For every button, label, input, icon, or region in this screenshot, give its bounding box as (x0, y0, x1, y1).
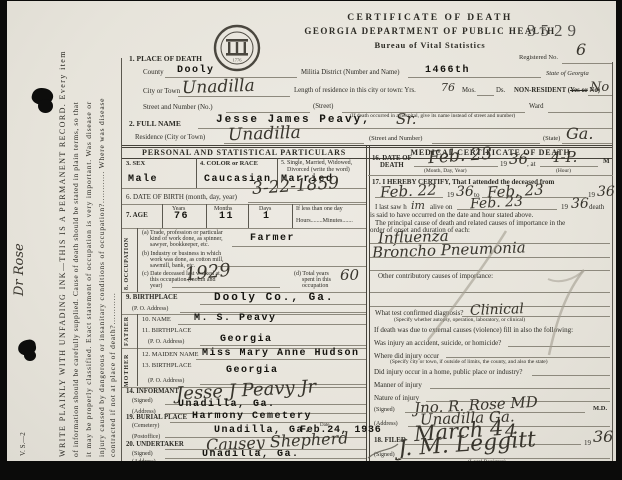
lastsaw-text1: I last saw h (375, 204, 407, 211)
personal-section-header: PERSONAL AND STATISTICAL PARTICULARS (122, 149, 366, 157)
svg-text:1776: 1776 (233, 58, 243, 63)
age-days-value: 1 (263, 212, 271, 222)
burial-place-label: 19. BURIAL PLACE (126, 415, 187, 422)
place-of-death-label: 1. PLACE OF DEATH (129, 55, 202, 63)
age-months-value: 11 (219, 212, 234, 222)
mother-vertical-label: MOTHER (124, 354, 130, 387)
certificate-number: 3529 (527, 22, 581, 39)
physician-address-label: (Address) (374, 421, 398, 427)
state-of-georgia-note: State of Georgia (546, 71, 589, 78)
form-number: V. S.—2 (20, 432, 27, 456)
mother-birthplace-label: 13. BIRTHPLACE (142, 363, 191, 370)
dod-sub-label: (Month, Day, Year) (424, 169, 467, 175)
undertaker-signed-label: (Signed) (132, 451, 153, 457)
certificate-paper: WRITE PLAINLY WITH UNFADING INK—THIS IS … (7, 1, 616, 461)
race-label: 4. COLOR or RACE (200, 161, 258, 168)
city-or-town-value: Unadilla (182, 78, 255, 98)
injury-nature-label: Nature of injury (374, 395, 419, 402)
father-birthplace-label: 11. BIRTHPLACE (142, 328, 191, 335)
lastsaw-text2: alive on (430, 204, 452, 211)
birthplace-label: 9. BIRTHPLACE (126, 295, 178, 302)
birthplace-po-label: (P. O. Address) (132, 306, 168, 312)
residence-value: Unadilla (228, 125, 301, 145)
ward-label: Ward (529, 104, 544, 111)
local-registrar-sub-label: (Local Registrar) (468, 460, 506, 461)
sex-value: Male (128, 175, 158, 185)
occupation-d-value: 60 (340, 268, 359, 283)
margin-instruction-line: injury caused by dangerous or insanitary… (98, 98, 106, 457)
margin-handwritten-note: Dr Rose (13, 243, 26, 296)
injury-manner-label: Manner of injury (374, 382, 422, 389)
bureau-subtitle: Bureau of Vital Statistics (290, 41, 570, 50)
postoffice-label: (Postoffice) (132, 434, 160, 440)
dod-year-value: 36 (509, 152, 528, 167)
mother-maiden-name-label: 12. MAIDEN NAME (142, 352, 199, 359)
registrar-signed-label: (Signed) (374, 452, 395, 458)
dod-m-label: M (603, 158, 610, 165)
contributory-label: Other contributory causes of importance: (378, 273, 493, 280)
less-than-day-label: If less than one day (296, 206, 343, 212)
cemetery-value: Harmony Cemetery (192, 412, 312, 422)
lastsaw-him: im (411, 200, 425, 211)
to-year-prefix: 19 (588, 192, 595, 199)
date-of-death-label2: DEATH (380, 163, 404, 170)
margin-instruction-line: of information should be carefully suppl… (72, 102, 80, 457)
informant-label: 14. INFORMANT (126, 389, 179, 396)
hour-sub-label: (Hour) (556, 169, 571, 175)
dod-at-label: , at (527, 161, 536, 168)
militia-district-label: Militia District (Number and Name) (301, 70, 400, 77)
father-vertical-label: FATHER (124, 316, 130, 346)
nonresident-value: No (590, 81, 609, 94)
street-paren-label: (Street) (313, 104, 333, 111)
occupation-c-label3: year) (150, 283, 162, 289)
hours-minutes-label: Hours........Minutes....... (296, 218, 353, 224)
county-value: Dooly (177, 66, 215, 76)
residence-years-value: 76 (441, 82, 455, 93)
dob-value: 3-22-1859 (252, 175, 340, 198)
injury-home-label: Did injury occur in a home, public place… (374, 369, 523, 376)
marital-label2: Divorced (write the word) (287, 167, 350, 173)
informant-address-value: Unadilla, Ga. (178, 400, 276, 410)
age-label: 7. AGE (126, 212, 148, 219)
to-year-value: 36 (597, 185, 615, 199)
scanned-death-certificate: WRITE PLAINLY WITH UNFADING INK—THIS IS … (0, 0, 622, 480)
filed-year-prefix: 19 (584, 440, 591, 447)
birthplace-value: Dooly Co., Ga. (214, 293, 334, 304)
county-label: County (143, 69, 164, 76)
test-sub-label: (Specify whether autopsy, operation, lab… (394, 318, 525, 324)
residence-label: Residence (City or Town) (135, 135, 205, 142)
cemetery-label: (Cemetery) (132, 423, 159, 429)
residence-state-value: Ga. (566, 126, 593, 142)
lastsaw-text3: death (589, 204, 604, 211)
sex-label: 3. SEX (126, 161, 145, 168)
filed-year-value: 36 (593, 429, 613, 445)
margin-instruction-line: WRITE PLAINLY WITH UNFADING INK—THIS IS … (59, 50, 67, 457)
militia-district-value: 1466th (425, 66, 470, 76)
full-name-suffix: Sr. (396, 112, 417, 127)
occupation-c-value: 1929 (184, 262, 231, 285)
undertaker-address-label: (Address) (132, 459, 156, 461)
months-label: Mos. (462, 88, 476, 95)
georgia-state-seal-icon: 1776 (213, 24, 261, 76)
father-name-label: 10. NAME (142, 317, 171, 324)
marital-label: 5. Single, Married, Widowed, (281, 160, 352, 166)
dod-year-prefix: 19 (500, 161, 507, 168)
dod-hour-value: 4-P. (551, 150, 577, 165)
ink-blot (38, 99, 53, 113)
informant-signed-label: (Signed) (132, 398, 153, 404)
mother-birthplace-value: Georgia (226, 366, 279, 376)
hospital-note: (If death occurred in a hospital, give i… (350, 114, 515, 120)
date-of-death-value: Feb. 23 (427, 146, 492, 167)
external-causes-label: If death was due to external causes (vio… (374, 327, 573, 334)
father-name-value: M. S. Peavy (194, 314, 277, 324)
nonresident-label: NON-RESIDENT (Yes or No) (514, 88, 600, 95)
occupation-vertical-label: 8. OCCUPATION (124, 237, 130, 290)
dob-label: 6. DATE OF BIRTH (month, day, year) (126, 194, 237, 201)
lastsaw-year-value: 36 (571, 197, 589, 211)
full-name-label: 2. FULL NAME (129, 120, 181, 128)
from-year-prefix: 19 (447, 192, 454, 199)
residence-state-label: (State) (543, 136, 560, 143)
father-birthplace-value: Georgia (220, 335, 273, 345)
md-label: M.D. (593, 406, 607, 413)
margin-instruction-line: it may be properly classified. Exact sta… (85, 101, 93, 457)
injury-where-sub-label: (Specify city or town, if outside of lim… (390, 360, 548, 366)
lastsaw-year-prefix: 19 (561, 204, 568, 211)
mother-maiden-name-value: Miss Mary Anne Hudson (202, 349, 360, 359)
age-years-value: 76 (174, 212, 189, 222)
father-po-label: (P. O. Address) (148, 339, 184, 345)
lastsaw-text4: is said to have occurred on the date and… (370, 212, 533, 219)
residence-length-label: Length of residence in this city or town… (294, 88, 416, 95)
occupation-a-value: Farmer (250, 234, 295, 244)
registered-no-label: Registered No. (519, 55, 558, 62)
physician-signed-label: (Signed) (374, 407, 395, 413)
city-or-town-label: City or Town (143, 88, 180, 95)
occupation-d-label3: occupation (302, 283, 328, 289)
residence-street-label: (Street and Number) (369, 136, 422, 143)
margin-instruction-line: contracted if not at place of death?....… (109, 292, 117, 457)
street-number-label: Street and Number (No.) (143, 104, 213, 111)
test-confirmed-label: What test confirmed diagnosis? (375, 310, 463, 317)
injury-accident-label: Was injury an accident, suicide, or homi… (374, 340, 501, 347)
occupation-a-label3: sawyer, bookkeeper, etc. (150, 242, 209, 248)
days-label: Ds. (496, 88, 505, 95)
ink-blot (24, 350, 36, 361)
undertaker-label: 20. UNDERTAKER (126, 442, 184, 449)
registered-no-value: 6 (576, 42, 586, 58)
